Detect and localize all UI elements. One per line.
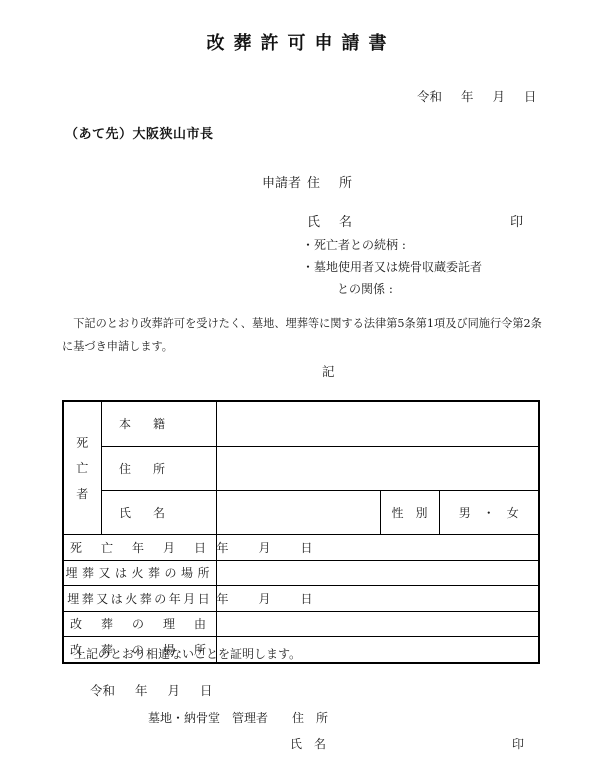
addressee-line: （あて先）大阪狭山市長 — [65, 127, 214, 143]
table-row-address: 住 所 — [63, 446, 539, 490]
death-date-value-cell: 年 月 日 — [216, 535, 539, 561]
deceased-char-1: 死 — [76, 434, 88, 451]
table-row-burial-place: 埋葬又は火葬の場所 — [63, 560, 539, 586]
applicant-address-label: 住 所 — [307, 176, 355, 192]
table-row-reburial-reason: 改 葬 の 理 由 — [63, 611, 539, 637]
applicant-seal-label: 印 — [510, 215, 523, 231]
applicant-label: 申請者 — [262, 176, 301, 192]
deceased-char-2: 亡 — [76, 459, 88, 476]
bullet-grave-user: ・墓地使用者又は焼骨収蔵委託者 — [302, 260, 482, 275]
name-label-cell: 氏 名 — [101, 490, 216, 534]
deceased-vertical-label: 死 亡 者 — [64, 430, 101, 506]
reburial-reason-value-cell — [216, 611, 539, 637]
body-paragraph-line-1: 下記のとおり改葬許可を受けたく、墓地、埋葬等に関する法律第5条第1項及び同施行令… — [62, 317, 542, 331]
table-row-name: 氏 名 性 別 男 ・ 女 — [63, 490, 539, 534]
table-row-honseki: 死 亡 者 本 籍 — [63, 401, 539, 446]
burial-date-label: 埋葬又は火葬の年月日 — [63, 586, 216, 612]
honseki-value-cell — [216, 401, 539, 446]
ki-heading: 記 — [322, 364, 335, 380]
reburial-permit-application-page: 改葬許可申請書 令和 年 月 日 （あて先）大阪狭山市長 申請者 住 所 氏 名… — [0, 0, 593, 781]
address-label: 住 所 — [101, 446, 216, 490]
certify-statement: 上記のとおり相違ないことを証明します。 — [74, 647, 301, 662]
honseki-label: 本 籍 — [101, 401, 216, 446]
deceased-char-3: 者 — [76, 485, 88, 502]
applicant-name-label: 氏 名 — [307, 215, 355, 231]
table-row-death-date: 死 亡 年 月 日 年 月 日 — [63, 535, 539, 561]
sex-value-cell: 男 ・ 女 — [439, 490, 539, 534]
application-date-line: 令和 年 月 日 — [417, 89, 536, 105]
bullet-relation-to-deceased: ・死亡者との続柄 : — [302, 238, 406, 253]
deceased-info-table: 死 亡 者 本 籍 住 所 氏 名 性 別 男 ・ 女 死 亡 年 月 日 年 … — [62, 400, 540, 664]
reburial-reason-label: 改 葬 の 理 由 — [63, 611, 216, 637]
manager-name-label: 氏 名 — [290, 737, 326, 752]
address-value-cell — [216, 446, 539, 490]
manager-address-line: 墓地・納骨堂 管理者 住 所 — [148, 711, 328, 726]
manager-seal-label: 印 — [512, 737, 524, 752]
sex-label-cell: 性 別 — [380, 490, 439, 534]
certify-date-line: 令和 年 月 日 — [90, 683, 212, 699]
body-paragraph-line-2: に基づき申請します。 — [62, 340, 173, 354]
deceased-vertical-label-cell: 死 亡 者 — [63, 401, 101, 535]
relation-suffix-label: との関係 : — [337, 282, 393, 297]
page-title: 改葬許可申請書 — [0, 33, 593, 56]
burial-place-value-cell — [216, 560, 539, 586]
table-row-burial-date: 埋葬又は火葬の年月日 年 月 日 — [63, 586, 539, 612]
burial-place-label: 埋葬又は火葬の場所 — [63, 560, 216, 586]
burial-date-value-cell: 年 月 日 — [216, 586, 539, 612]
death-date-label: 死 亡 年 月 日 — [63, 535, 216, 561]
name-value-cell — [216, 490, 380, 534]
